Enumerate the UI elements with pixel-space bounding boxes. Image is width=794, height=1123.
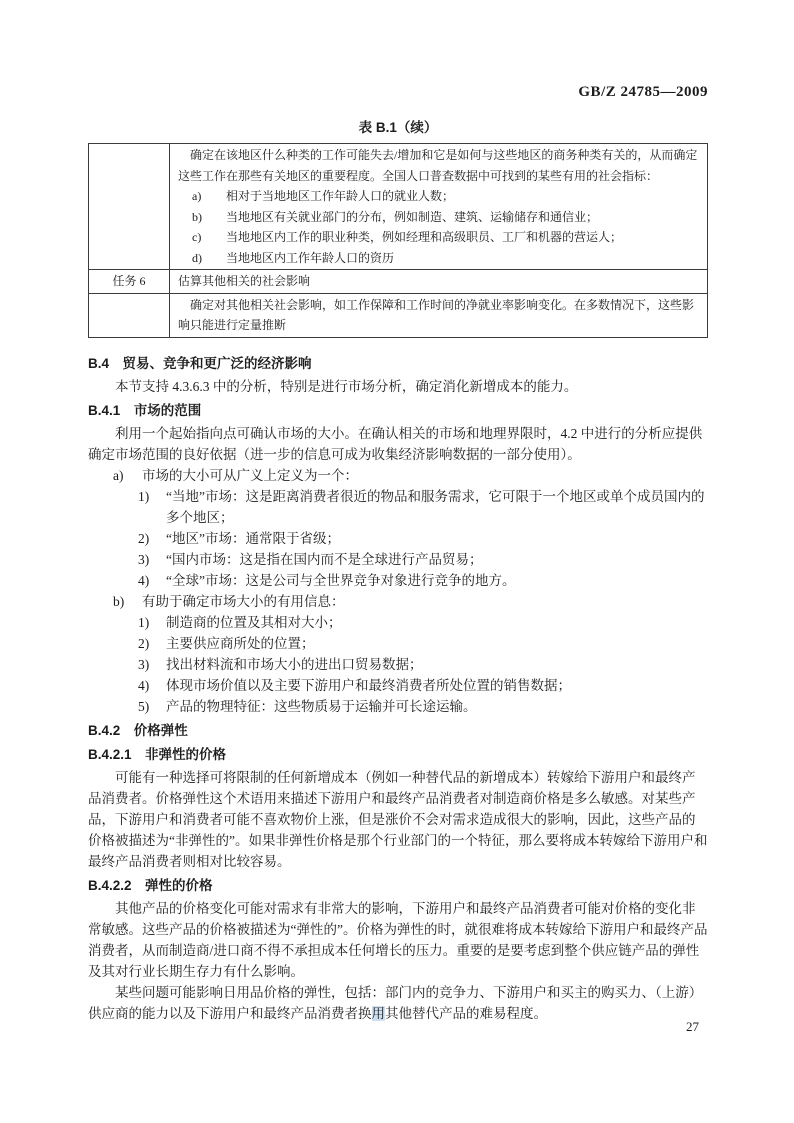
paragraph-b422-1: 其他产品的价格变化可能对需求有非常大的影响，下游用户和最终产品消费者可能对价格的…: [88, 898, 708, 982]
list-subitem: 3) 找出材料流和市场大小的进出口贸易数据；: [88, 654, 708, 675]
list-subitem: 4) “全球”市场：这是公司与全世界竞争对象进行竞争的地方。: [88, 570, 708, 591]
task-detail-cell: 确定在该地区什么种类的工作可能失去/增加和它是如何与这些地区的商务种类有关的，从…: [170, 144, 708, 270]
list-marker: 5): [138, 696, 166, 717]
table-list-item: d) 当地地区内工作年龄人口的资历: [178, 248, 699, 269]
list-item-b: b) 有助于确定市场大小的有用信息：: [88, 591, 708, 612]
paragraph-b421: 可能有一种选择可将限制的任何新增成本（例如一种替代品的新增成本）转嫁给下游用户和…: [88, 767, 708, 872]
list-marker: b): [113, 591, 142, 612]
table-list-item: c) 当地地区内工作的职业种类，例如经理和高级职员、工厂和机器的营运人；: [178, 227, 699, 248]
highlighted-character: 用: [372, 1006, 386, 1021]
table-cell-paragraph: 确定对其他相关社会影响，如工作保障和工作时间的净就业率影响变化。在多数情况下，这…: [178, 295, 699, 336]
list-marker: 3): [138, 549, 166, 570]
list-item-text: 市场的大小可从广义上定义为一个：: [142, 465, 358, 486]
paragraph-b41: 利用一个起始指向点可确认市场的大小。在确认相关的市场和地理界限时，4.2 中进行…: [88, 423, 708, 465]
list-item-text: “全球”市场：这是公司与全世界竞争对象进行竞争的地方。: [166, 570, 515, 591]
list-marker: c): [192, 227, 226, 248]
list-marker: 1): [138, 486, 166, 528]
list-marker: 3): [138, 654, 166, 675]
document-page: GB/Z 24785—2009 表 B.1（续） 确定在该地区什么种类的工作可能…: [0, 0, 794, 1123]
task-label-cell-empty: [89, 293, 170, 337]
page-number: 27: [686, 1019, 699, 1035]
table-row: 确定对其他相关社会影响，如工作保障和工作时间的净就业率影响变化。在多数情况下，这…: [89, 293, 708, 337]
list-subitem: 2) 主要供应商所处的位置；: [88, 633, 708, 654]
table-title: 表 B.1（续）: [88, 116, 708, 136]
section-heading-b422: B.4.2.2 弹性的价格: [88, 875, 708, 896]
document-body: B.4 贸易、竞争和更广泛的经济影响 本节支持 4.3.6.3 中的分析，特别是…: [88, 350, 708, 1024]
list-item-a: a) 市场的大小可从广义上定义为一个：: [88, 465, 708, 486]
table-list-item: a) 相对于当地地区工作年龄人口的就业人数；: [178, 186, 699, 207]
list-item-text: 相对于当地地区工作年龄人口的就业人数；: [226, 186, 454, 207]
list-item-text: 当地地区有关就业部门的分布，例如制造、建筑、运输储存和通信业；: [226, 207, 598, 228]
list-item-text: “地区”市场：通常限于省级；: [166, 528, 340, 549]
list-item-text: 制造商的位置及其相对大小；: [166, 612, 342, 633]
list-marker: 2): [138, 633, 166, 654]
paragraph-b4-intro: 本节支持 4.3.6.3 中的分析，特别是进行市场分析，确定消化新增成本的能力。: [88, 376, 708, 397]
list-marker: d): [192, 248, 226, 269]
standard-code-header: GB/Z 24785—2009: [578, 84, 708, 101]
list-subitem: 1) “当地”市场：这是距离消费者很近的物品和服务需求，它可限于一个地区或单个成…: [88, 486, 708, 528]
list-item-text: 体现市场价值以及主要下游用户和最终消费者所处位置的销售数据；: [166, 675, 571, 696]
section-heading-b4: B.4 贸易、竞争和更广泛的经济影响: [88, 353, 708, 374]
list-item-text: 产品的物理特征：这些物质易于运输并可长途运输。: [166, 696, 477, 717]
list-item-text: “当地”市场：这是距离消费者很近的物品和服务需求，它可限于一个地区或单个成员国内…: [166, 486, 708, 528]
list-marker: 4): [138, 675, 166, 696]
list-marker: a): [113, 465, 142, 486]
task-label-cell-empty: [89, 144, 170, 270]
list-marker: b): [192, 207, 226, 228]
list-marker: 2): [138, 528, 166, 549]
table-list-item: b) 当地地区有关就业部门的分布，例如制造、建筑、运输储存和通信业；: [178, 207, 699, 228]
list-marker: a): [192, 186, 226, 207]
list-subitem: 1) 制造商的位置及其相对大小；: [88, 612, 708, 633]
section-heading-b42: B.4.2 价格弹性: [88, 720, 708, 741]
table-row: 确定在该地区什么种类的工作可能失去/增加和它是如何与这些地区的商务种类有关的，从…: [89, 144, 708, 270]
list-marker: 1): [138, 612, 166, 633]
table-b1-continued: 确定在该地区什么种类的工作可能失去/增加和它是如何与这些地区的商务种类有关的，从…: [88, 143, 708, 338]
list-item-text: 有助于确定市场大小的有用信息：: [142, 591, 345, 612]
list-subitem: 2) “地区”市场：通常限于省级；: [88, 528, 708, 549]
section-heading-b41: B.4.1 市场的范围: [88, 400, 708, 421]
list-item-text: 当地地区内工作的职业种类，例如经理和高级职员、工厂和机器的营运人；: [226, 227, 622, 248]
task-detail-cell: 确定对其他相关社会影响，如工作保障和工作时间的净就业率影响变化。在多数情况下，这…: [170, 293, 708, 337]
list-subitem: 4) 体现市场价值以及主要下游用户和最终消费者所处位置的销售数据；: [88, 675, 708, 696]
list-subitem: 3) “国内市场：这是指在国内而不是全球进行产品贸易；: [88, 549, 708, 570]
paragraph-b422-2: 某些问题可能影响日用品价格的弹性，包括：部门内的竞争力、下游用户和买主的购买力、…: [88, 982, 708, 1024]
list-item-text: 主要供应商所处的位置；: [166, 633, 315, 654]
list-marker: 4): [138, 570, 166, 591]
list-item-text: 当地地区内工作年龄人口的资历: [226, 248, 394, 269]
list-subitem: 5) 产品的物理特征：这些物质易于运输并可长途运输。: [88, 696, 708, 717]
task-title-cell: 估算其他相关的社会影响: [170, 270, 708, 294]
table-row: 任务 6 估算其他相关的社会影响: [89, 270, 708, 294]
list-item-text: “国内市场：这是指在国内而不是全球进行产品贸易；: [166, 549, 483, 570]
list-item-text: 找出材料流和市场大小的进出口贸易数据；: [166, 654, 423, 675]
section-heading-b421: B.4.2.1 非弹性的价格: [88, 744, 708, 765]
paragraph-text: 其他替代产品的难易程度。: [385, 1006, 547, 1021]
table-cell-paragraph: 确定在该地区什么种类的工作可能失去/增加和它是如何与这些地区的商务种类有关的，从…: [178, 145, 699, 186]
task-label-cell: 任务 6: [89, 270, 170, 294]
